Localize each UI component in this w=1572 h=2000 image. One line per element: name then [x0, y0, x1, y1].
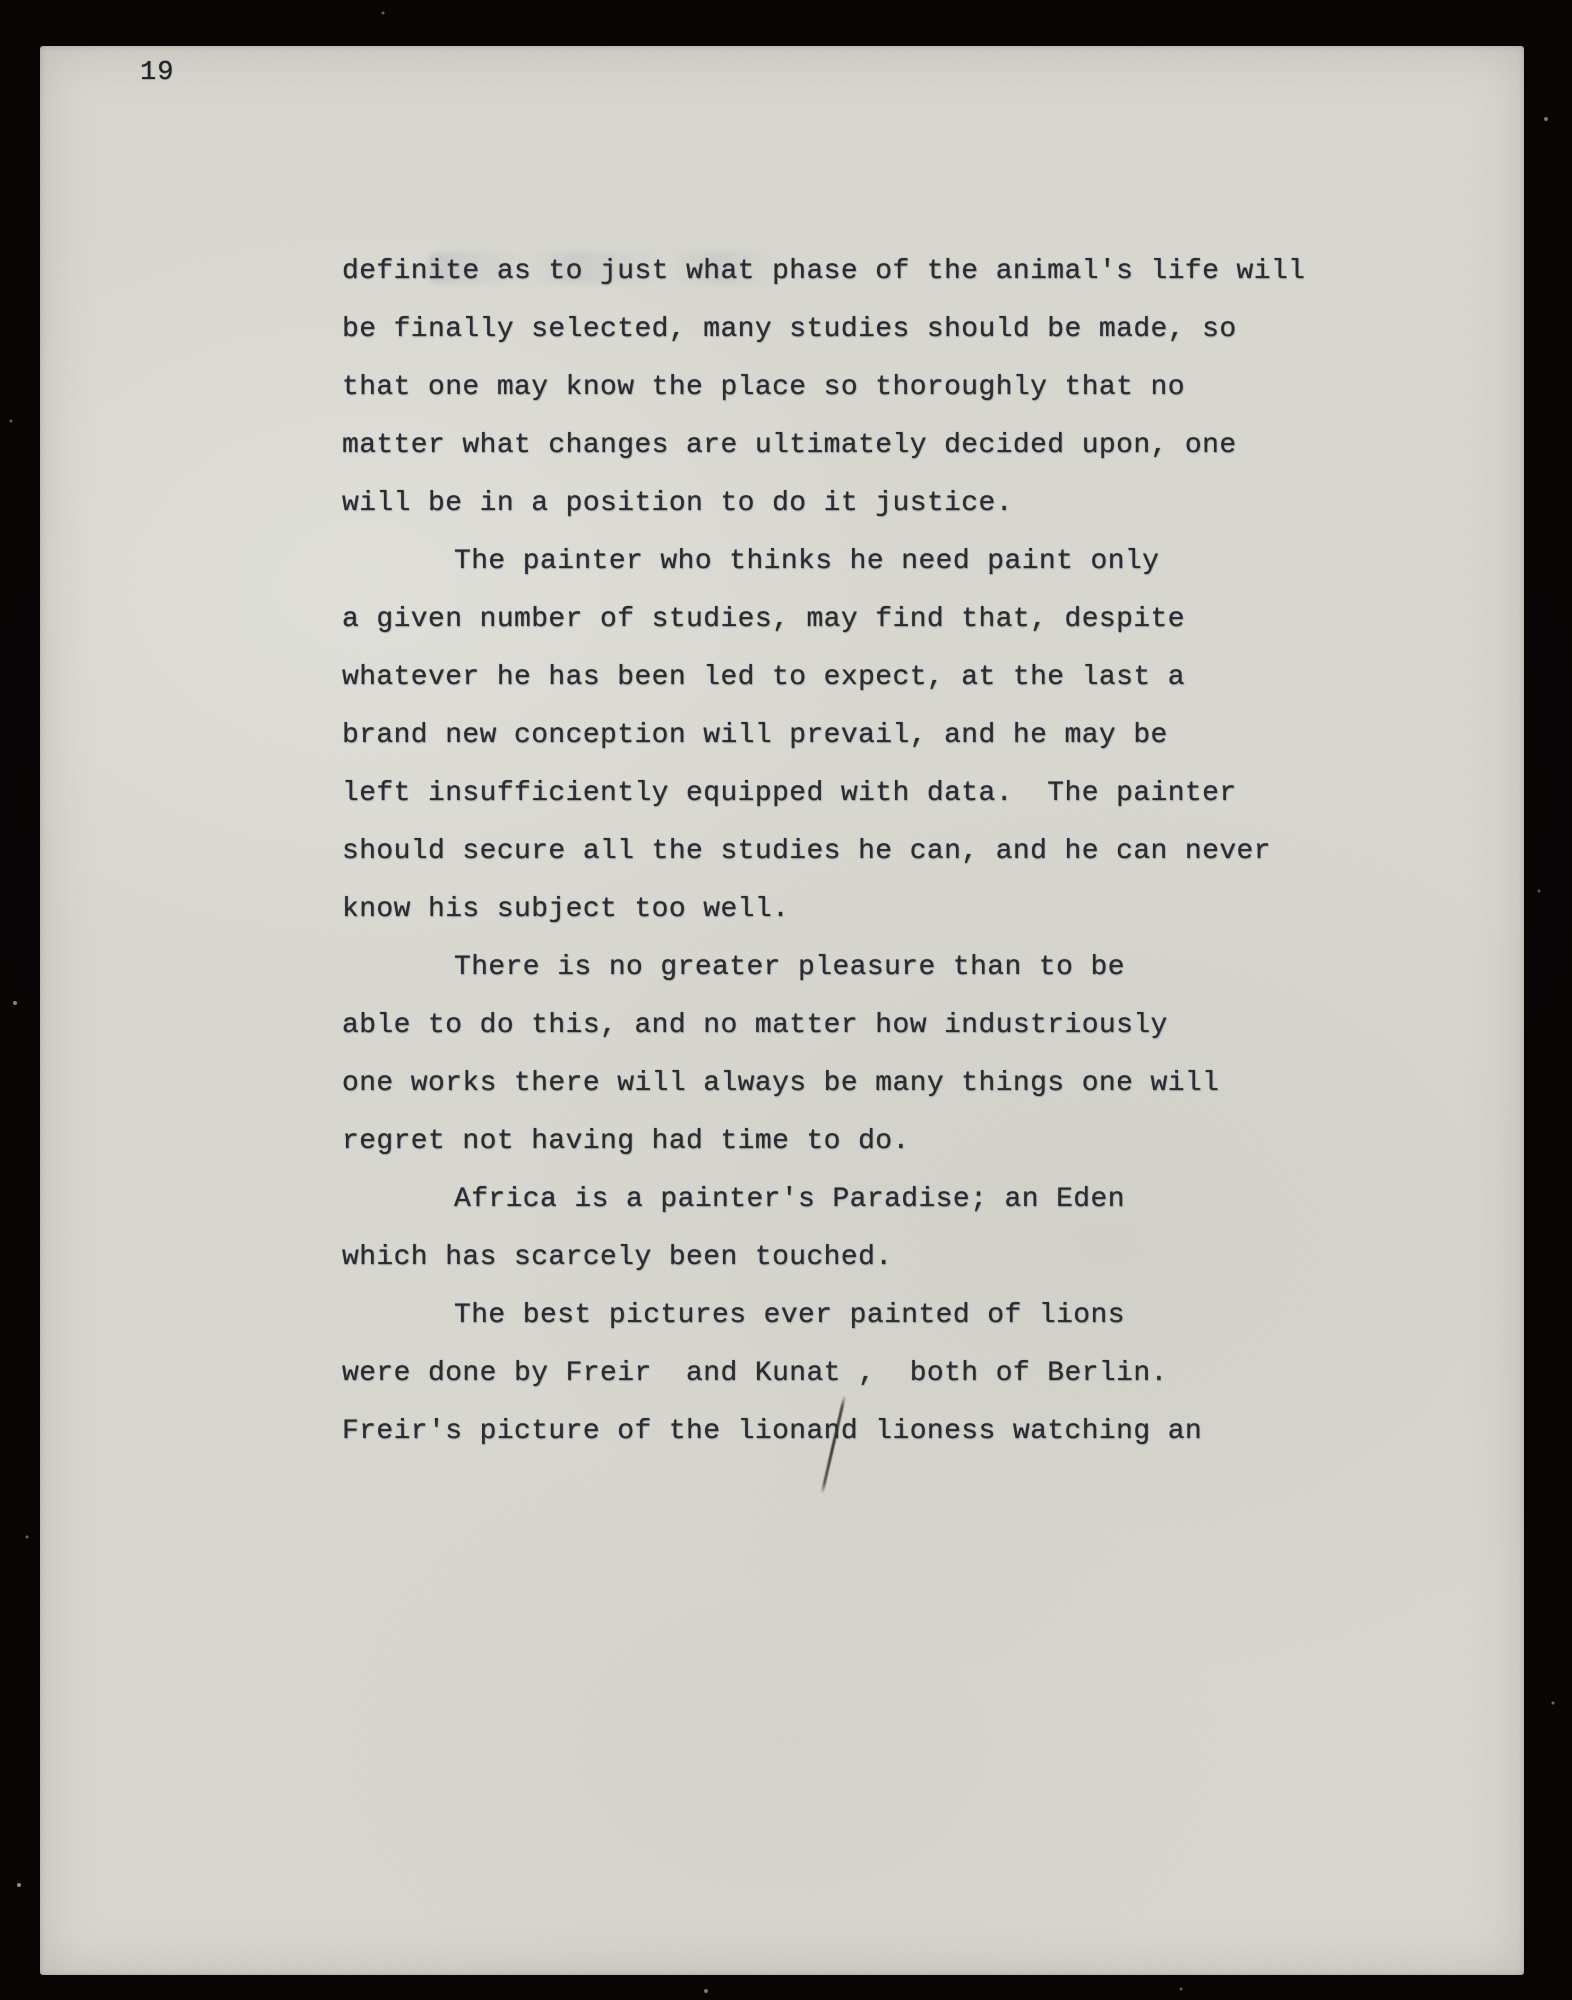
text-line: know his subject too well.: [342, 881, 1402, 939]
text-line: Africa is a painter's Paradise; an Eden: [342, 1171, 1402, 1229]
text-body: definite as to just what phase of the an…: [342, 243, 1402, 1461]
text-line: Freir's picture of the lionand lioness w…: [342, 1403, 1402, 1461]
scanned-document-view: 19 definite as to just what phase of the…: [0, 0, 1572, 2000]
text-line: be finally selected, many studies should…: [342, 301, 1402, 359]
text-line: The best pictures ever painted of lions: [342, 1287, 1402, 1345]
document-page: 19 definite as to just what phase of the…: [40, 46, 1524, 1975]
text-line: which has scarcely been touched.: [342, 1229, 1402, 1287]
text-line: will be in a position to do it justice.: [342, 475, 1402, 533]
text-line: brand new conception will prevail, and h…: [342, 707, 1402, 765]
text-line: able to do this, and no matter how indus…: [342, 997, 1402, 1055]
text-line: The painter who thinks he need paint onl…: [342, 533, 1402, 591]
text-line: that one may know the place so thoroughl…: [342, 359, 1402, 417]
text-line: definite as to just what phase of the an…: [342, 243, 1402, 301]
text-line: regret not having had time to do.: [342, 1113, 1402, 1171]
text-line: a given number of studies, may find that…: [342, 591, 1402, 649]
page-number: 19: [140, 58, 174, 88]
text-line: left insufficiently equipped with data. …: [342, 765, 1402, 823]
text-line: matter what changes are ultimately decid…: [342, 417, 1402, 475]
text-line: should secure all the studies he can, an…: [342, 823, 1402, 881]
dust-specks: [0, 0, 2, 2]
text-line: were done by Freir and Kunat , both of B…: [342, 1345, 1402, 1403]
text-line: There is no greater pleasure than to be: [342, 939, 1402, 997]
text-line: one works there will always be many thin…: [342, 1055, 1402, 1113]
text-line: whatever he has been led to expect, at t…: [342, 649, 1402, 707]
